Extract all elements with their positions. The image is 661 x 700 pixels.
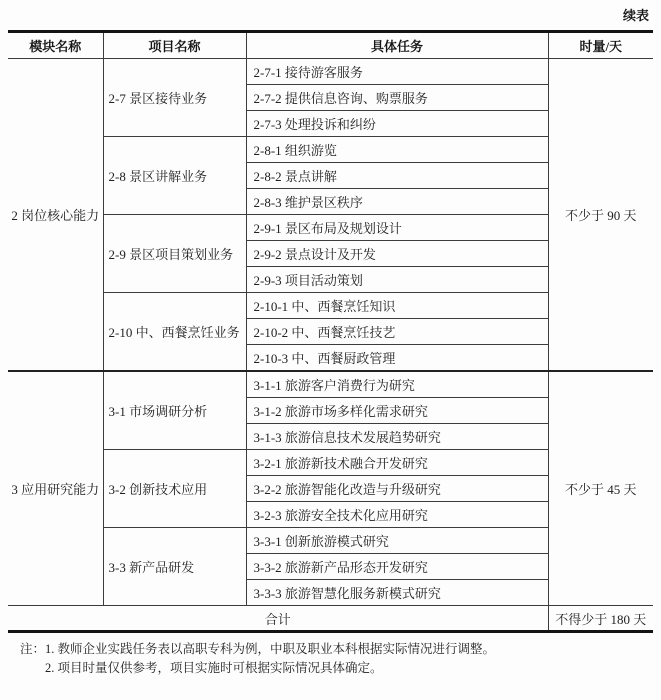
task-cell: 3-1-1 旅游客户消费行为研究 [246,371,548,398]
project-cell: 2-9 景区项目策划业务 [103,215,246,293]
header-duration: 时量/天 [548,32,653,59]
header-module: 模块名称 [8,32,103,59]
task-cell: 2-10-2 中、西餐烹饪技艺 [246,319,548,345]
task-cell: 3-2-1 旅游新技术融合开发研究 [246,450,548,476]
header-project: 项目名称 [103,32,246,59]
total-row: 合计 不得少于 180 天 [8,606,653,632]
task-cell: 2-10-3 中、西餐厨政管理 [246,345,548,372]
module-cell: 2 岗位核心能力 [8,59,103,372]
total-label-cell: 合计 [8,606,548,632]
task-cell: 3-1-3 旅游信息技术发展趋势研究 [246,424,548,450]
table-notes: 注： 1. 教师企业实践任务表以高职专科为例，中职及职业本科根据实际情况进行调整… [20,640,653,678]
task-cell: 2-9-3 项目活动策划 [246,267,548,293]
teacher-practice-task-table: 模块名称 项目名称 具体任务 时量/天 2 岗位核心能力 2-7 景区接待业务 … [8,30,653,633]
task-cell: 3-2-2 旅游智能化改造与升级研究 [246,476,548,502]
task-cell: 2-7-1 接待游客服务 [246,59,548,85]
header-row: 模块名称 项目名称 具体任务 时量/天 [8,32,653,59]
project-cell: 3-1 市场调研分析 [103,371,246,450]
task-cell: 2-8-2 景点讲解 [246,163,548,189]
document-page: 续表 模块名称 项目名称 具体任务 时量/天 2 岗位核心能力 2-7 景区接待… [0,0,661,678]
task-cell: 2-10-1 中、西餐烹饪知识 [246,293,548,319]
note-prefix: 注： [20,640,45,678]
table-row: 3 应用研究能力 3-1 市场调研分析 3-1-1 旅游客户消费行为研究 不少于… [8,371,653,398]
task-cell: 2-9-1 景区布局及规划设计 [246,215,548,241]
note-lines: 1. 教师企业实践任务表以高职专科为例，中职及职业本科根据实际情况进行调整。 2… [45,640,653,678]
project-cell: 2-8 景区讲解业务 [103,137,246,215]
task-cell: 2-8-1 组织游览 [246,137,548,163]
total-duration-cell: 不得少于 180 天 [548,606,653,632]
module-cell: 3 应用研究能力 [8,371,103,606]
header-task: 具体任务 [246,32,548,59]
task-cell: 3-3-3 旅游智慧化服务新模式研究 [246,580,548,606]
duration-cell: 不少于 90 天 [548,59,653,372]
task-cell: 2-7-2 提供信息咨询、购票服务 [246,85,548,111]
task-cell: 2-9-2 景点设计及开发 [246,241,548,267]
task-cell: 3-2-3 旅游安全技术化应用研究 [246,502,548,528]
duration-cell: 不少于 45 天 [548,371,653,606]
project-cell: 2-7 景区接待业务 [103,59,246,137]
project-cell: 2-10 中、西餐烹饪业务 [103,293,246,372]
table-row: 2 岗位核心能力 2-7 景区接待业务 2-7-1 接待游客服务 不少于 90 … [8,59,653,85]
task-cell: 3-3-1 创新旅游模式研究 [246,528,548,554]
task-cell: 2-7-3 处理投诉和纠纷 [246,111,548,137]
task-cell: 3-3-2 旅游新产品形态开发研究 [246,554,548,580]
continued-table-label: 续表 [8,6,653,26]
project-cell: 3-2 创新技术应用 [103,450,246,528]
note-line: 2. 项目时量仅供参考，项目实施时可根据实际情况具体确定。 [45,659,653,678]
task-cell: 2-8-3 维护景区秩序 [246,189,548,215]
project-cell: 3-3 新产品研发 [103,528,246,606]
task-cell: 3-1-2 旅游市场多样化需求研究 [246,398,548,424]
note-line: 1. 教师企业实践任务表以高职专科为例，中职及职业本科根据实际情况进行调整。 [45,640,653,659]
